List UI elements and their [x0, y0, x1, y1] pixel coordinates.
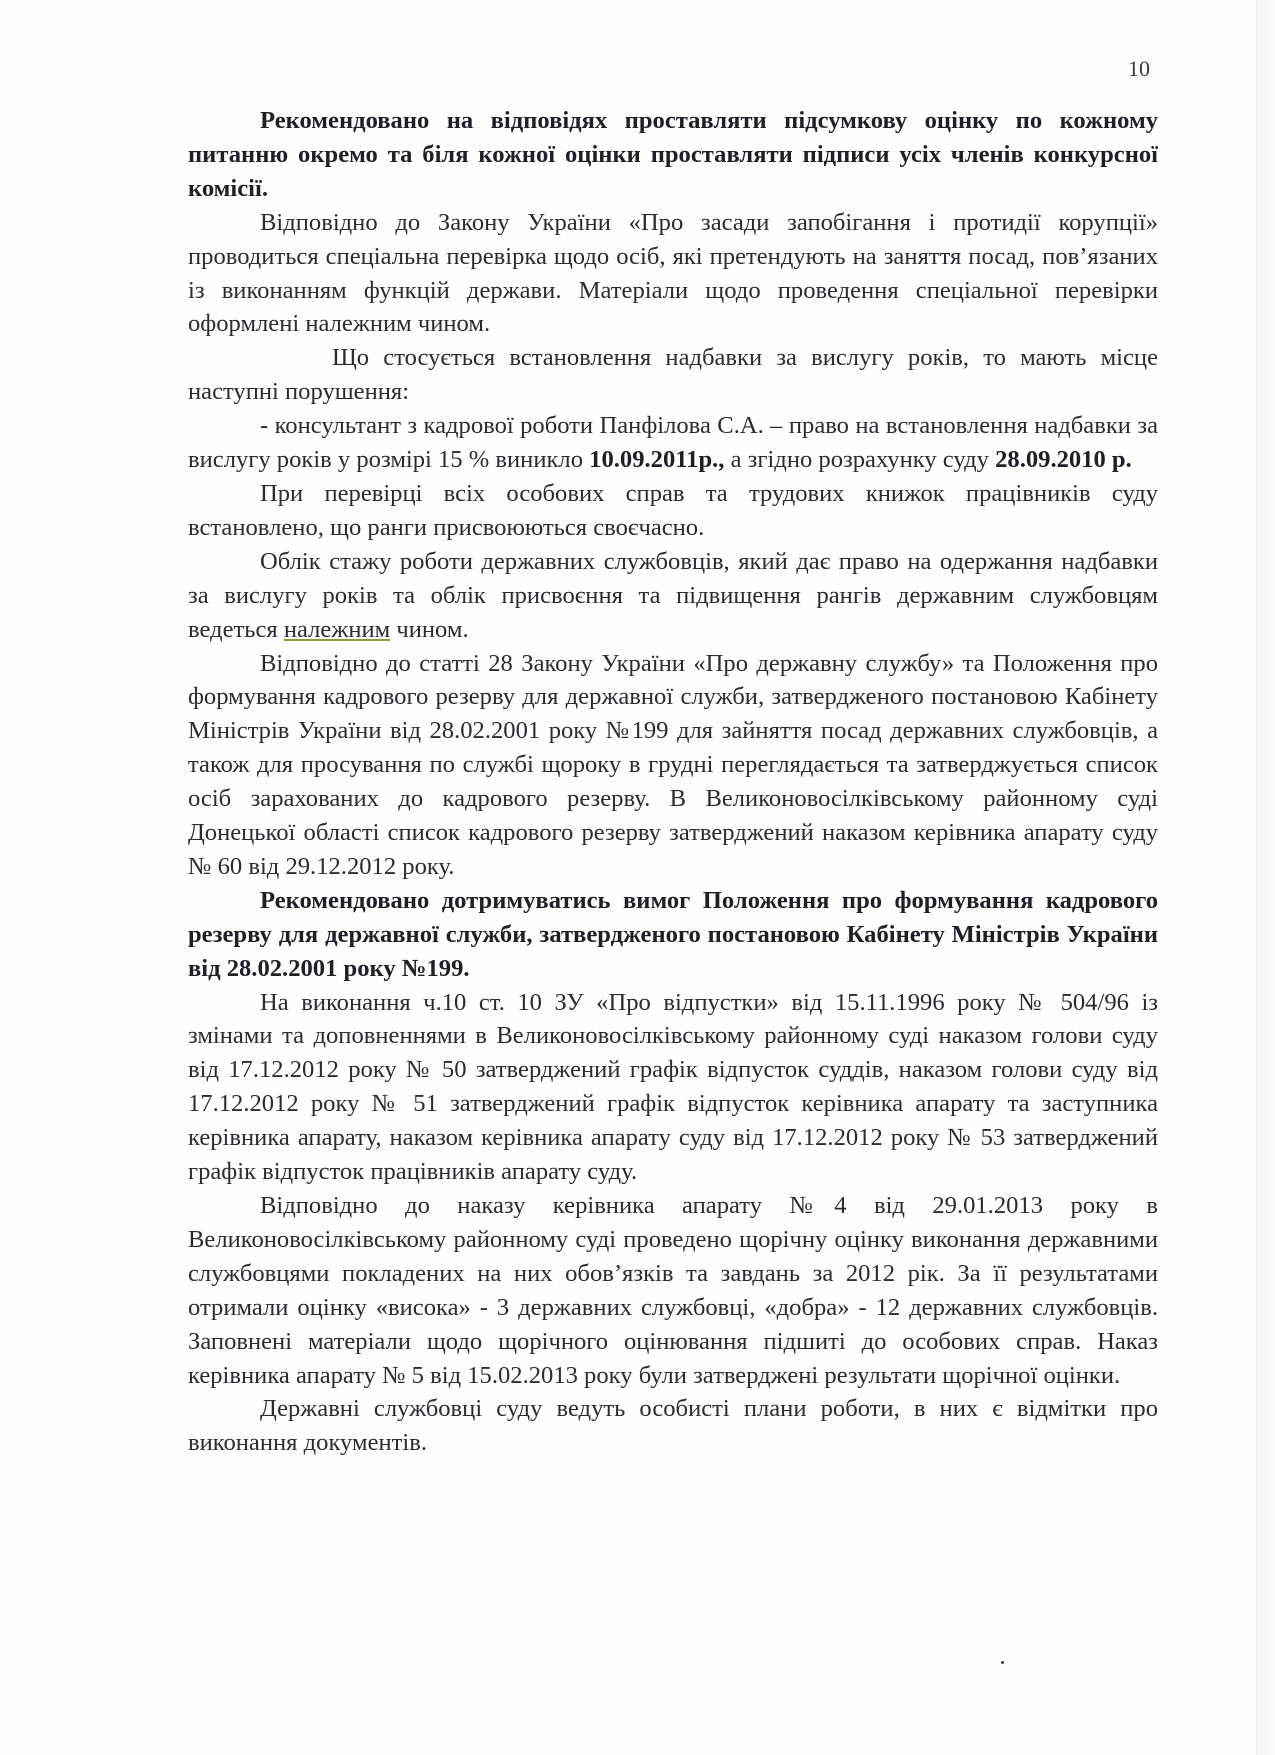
scan-speck: [1001, 1661, 1004, 1664]
paragraph-consultant-violation: - консультант з кадрової роботи Панфілов…: [188, 409, 1158, 477]
underlined-word: належним: [284, 616, 390, 643]
service-record-end: чином.: [390, 616, 468, 643]
page-number: 10: [1128, 56, 1150, 82]
scan-edge-shadow: [1256, 0, 1275, 1755]
recommendation-paragraph-answers: Рекомендовано на відповідях проставляти …: [188, 104, 1158, 206]
recommendation-paragraph-reserve: Рекомендовано дотримуватись вимог Положе…: [188, 884, 1158, 986]
violation-text-cont: а згідно розрахунку суду: [724, 446, 995, 473]
paragraph-ranks-timely: При перевірці всіх особових справ та тру…: [188, 477, 1158, 545]
paragraph-vacation-schedules: На виконання ч.10 ст. 10 ЗУ «Про відпуст…: [188, 986, 1158, 1189]
paragraph-service-record: Облік стажу роботи державних службовців,…: [188, 545, 1158, 647]
paragraph-work-plans: Державні службовці суду ведуть особисті …: [188, 1392, 1158, 1460]
paragraph-seniority-violations: Що стосується встановлення надбавки за в…: [188, 341, 1158, 409]
document-body: Рекомендовано на відповідях проставляти …: [188, 104, 1158, 1460]
violation-date-court: 28.09.2010 р.: [995, 446, 1132, 473]
paragraph-personnel-reserve: Відповідно до статті 28 Закону України «…: [188, 647, 1158, 884]
paragraph-annual-evaluation: Відповідно до наказу керівника апарату №…: [188, 1189, 1158, 1392]
violation-date-actual: 10.09.2011р.,: [589, 446, 724, 473]
document-page: 10 Рекомендовано на відповідях проставля…: [0, 0, 1275, 1755]
paragraph-special-check: Відповідно до Закону України «Про засади…: [188, 206, 1158, 342]
